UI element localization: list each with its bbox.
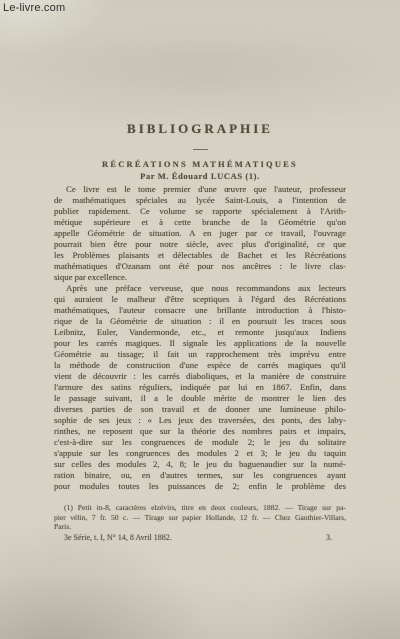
article-title: RÉCRÉATIONS MATHÉMATIQUES [0,159,400,169]
paragraph-2: Après une préface verveuse, que nous rec… [54,283,346,492]
text-line: rique de la Géométrie de situation : il … [54,316,346,327]
footnote-line: (1) Petit in-8, caractères elzévirs, tit… [54,503,346,513]
text-line: le passage suivant, il a le double mérit… [54,393,346,404]
heading-divider [193,149,208,150]
text-line: sique par excellence. [54,272,346,283]
section-heading: BIBLIOGRAPHIE [0,121,400,137]
page-footer: 3e Série, t. I, N° 14, 8 Avril 1882. 3. [54,533,346,542]
text-line: Géométrie au tissage; il fait un rapproc… [54,349,346,360]
scanned-page: Le-livre.com BIBLIOGRAPHIE RÉCRÉATIONS M… [0,0,400,639]
text-line: vient de découvrir : les carrés diaboliq… [54,371,346,382]
text-line: Leibnitz, Euler, Vandermonde, etc., et r… [54,327,346,338]
text-line: pour modules toutes les puissances de 2;… [54,481,346,492]
text-line: s'appuie sur les congruences des modules… [54,448,346,459]
paragraph-1: Ce livre est le tome premier d'une œuvre… [54,184,346,283]
article-body: Ce livre est le tome premier d'une œuvre… [54,184,346,492]
text-line: sophie de ses jeux : « Les jeux des trav… [54,415,346,426]
footnote-line: pier vélin, 7 fr. 50 c. — Tirage sur pap… [54,513,346,523]
text-line: Après une préface verveuse, que nous rec… [54,283,346,294]
text-line: publier rapidement. Ce volume se rapport… [54,206,346,217]
text-line: les Problèmes plaisants et délectables d… [54,250,346,261]
text-line: pour les carrés magiques. Il signale les… [54,338,346,349]
text-line: la méthode de construction d'une espèce … [54,360,346,371]
journal-reference: 3e Série, t. I, N° 14, 8 Avril 1882. [54,533,172,542]
watermark-text: Le-livre.com [3,2,65,14]
text-line: métique supérieure et à cette branche de… [54,217,346,228]
text-line: c'est-à-dire sur les congruences de modu… [54,437,346,448]
article-byline: Par M. Édouard LUCAS (1). [0,171,400,181]
text-line: mathématiques d'Ozanam ont été pour nos … [54,261,346,272]
signature-mark: 3. [326,533,346,542]
text-line: Ce livre est le tome premier d'une œuvre… [54,184,346,195]
text-line: diverses parties de son travail et de do… [54,404,346,415]
footnote: (1) Petit in-8, caractères elzévirs, tit… [54,503,346,532]
footnote-line: Paris. [54,522,346,532]
text-line: de mathématiques spéciales au lycée Sain… [54,195,346,206]
text-line: appelle Géométrie de situation. A en jug… [54,228,346,239]
text-line: sur celles des modules 2, 4, 8; le jeu d… [54,459,346,470]
text-line: rinthes, ne reposent que sur la théorie … [54,426,346,437]
text-line: pourrait bien être pour notre siècle, av… [54,239,346,250]
text-line: mathématiques, l'auteur consacre une bri… [54,305,346,316]
text-line: qui auraient le malheur d'être sceptique… [54,294,346,305]
text-line: l'armure des satins réguliers, indiquée … [54,382,346,393]
text-line: ration binaire, ou, en d'autres termes, … [54,470,346,481]
